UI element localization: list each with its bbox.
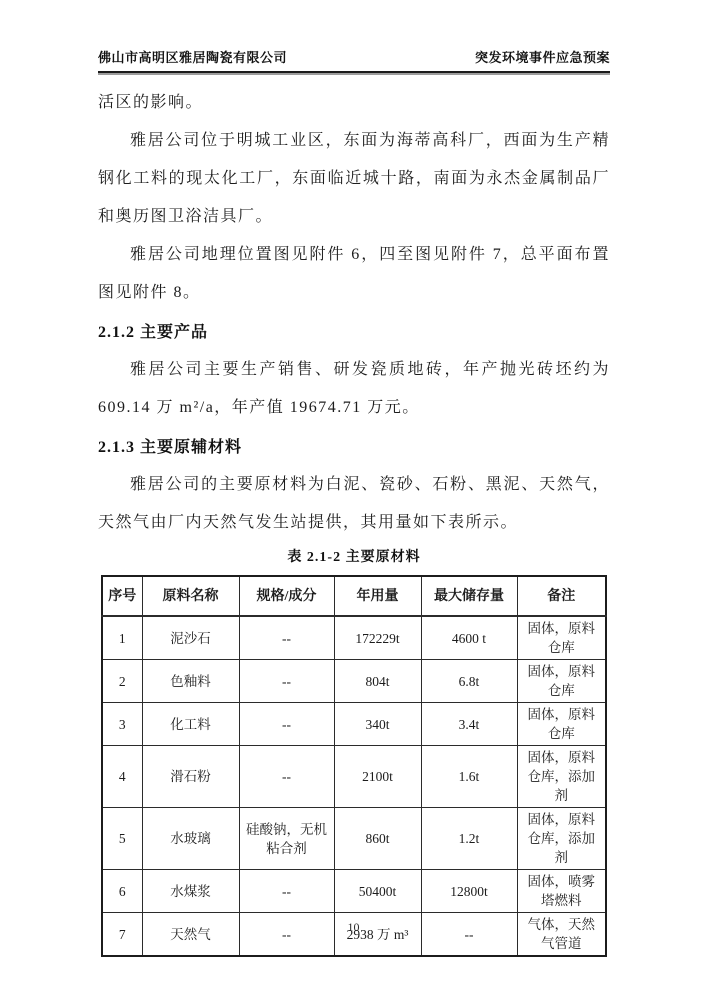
cell-spec: 硅酸钠，无机粘合剂 <box>239 808 334 870</box>
cell-annual-usage: 340t <box>334 703 421 746</box>
cell-remark: 固体，原料仓库，添加剂 <box>517 808 606 870</box>
paragraph-products: 雅居公司主要生产销售、研发瓷质地砖，年产抛光砖坯约为 609.14 万 m²/a… <box>98 351 610 427</box>
cell-material-name: 水玻璃 <box>142 808 239 870</box>
cell-material-name: 化工料 <box>142 703 239 746</box>
table-row: 3 化工料 -- 340t 3.4t 固体，原料仓库 <box>102 703 606 746</box>
section-heading-materials: 2.1.3 主要原辅材料 <box>98 430 610 466</box>
cell-material-name: 水煤浆 <box>142 870 239 913</box>
column-header-annual-usage: 年用量 <box>334 576 421 616</box>
table-row: 5 水玻璃 硅酸钠，无机粘合剂 860t 1.2t 固体，原料仓库，添加剂 <box>102 808 606 870</box>
column-header-max-storage: 最大储存量 <box>421 576 517 616</box>
cell-serial: 5 <box>102 808 142 870</box>
cell-remark: 固体，原料仓库 <box>517 703 606 746</box>
cell-annual-usage: 172229t <box>334 616 421 660</box>
cell-max-storage: 3.4t <box>421 703 517 746</box>
cell-spec: -- <box>239 660 334 703</box>
cell-max-storage: 1.6t <box>421 746 517 808</box>
cell-spec: -- <box>239 616 334 660</box>
header-document-title: 突发环境事件应急预案 <box>475 47 610 66</box>
cell-max-storage: 4600 t <box>421 616 517 660</box>
paragraph-location: 雅居公司位于明城工业区，东面为海蒂高科厂，西面为生产精钢化工料的现太化工厂，东面… <box>98 122 610 236</box>
cell-material-name: 泥沙石 <box>142 616 239 660</box>
cell-serial: 6 <box>102 870 142 913</box>
cell-annual-usage: 50400t <box>334 870 421 913</box>
page-number: 10 <box>0 920 707 935</box>
cell-serial: 2 <box>102 660 142 703</box>
cell-annual-usage: 860t <box>334 808 421 870</box>
cell-remark: 固体，原料仓库 <box>517 616 606 660</box>
table-row: 2 色釉料 -- 804t 6.8t 固体，原料仓库 <box>102 660 606 703</box>
cell-max-storage: 12800t <box>421 870 517 913</box>
cell-serial: 4 <box>102 746 142 808</box>
header-rule-bottom <box>98 73 610 75</box>
cell-annual-usage: 2100t <box>334 746 421 808</box>
section-heading-products: 2.1.2 主要产品 <box>98 315 610 351</box>
cell-remark: 固体，喷雾塔燃料 <box>517 870 606 913</box>
table-header-row: 序号 原料名称 规格/成分 年用量 最大储存量 备注 <box>102 576 606 616</box>
cell-max-storage: 6.8t <box>421 660 517 703</box>
cell-annual-usage: 804t <box>334 660 421 703</box>
cell-serial: 1 <box>102 616 142 660</box>
cell-spec: -- <box>239 703 334 746</box>
paragraph-attachments: 雅居公司地理位置图见附件 6，四至图见附件 7，总平面布置图见附件 8。 <box>98 236 610 312</box>
document-page: 佛山市高明区雅居陶瓷有限公司 突发环境事件应急预案 活区的影响。 雅居公司位于明… <box>0 0 707 1000</box>
paragraph-carryover: 活区的影响。 <box>98 84 610 122</box>
page-header: 佛山市高明区雅居陶瓷有限公司 突发环境事件应急预案 <box>98 0 610 66</box>
table-row: 1 泥沙石 -- 172229t 4600 t 固体，原料仓库 <box>102 616 606 660</box>
paragraph-materials: 雅居公司的主要原材料为白泥、瓷砂、石粉、黑泥、天然气，天然气由厂内天然气发生站提… <box>98 466 610 542</box>
column-header-material-name: 原料名称 <box>142 576 239 616</box>
column-header-serial: 序号 <box>102 576 142 616</box>
cell-serial: 3 <box>102 703 142 746</box>
column-header-spec: 规格/成分 <box>239 576 334 616</box>
cell-material-name: 色釉料 <box>142 660 239 703</box>
cell-spec: -- <box>239 870 334 913</box>
header-company-name: 佛山市高明区雅居陶瓷有限公司 <box>98 47 287 66</box>
cell-max-storage: 1.2t <box>421 808 517 870</box>
table-caption: 表 2.1-2 主要原材料 <box>98 544 610 572</box>
cell-material-name: 滑石粉 <box>142 746 239 808</box>
cell-remark: 固体，原料仓库 <box>517 660 606 703</box>
cell-remark: 固体，原料仓库，添加剂 <box>517 746 606 808</box>
materials-table: 序号 原料名称 规格/成分 年用量 最大储存量 备注 1 泥沙石 -- 1722… <box>101 575 607 957</box>
table-row: 4 滑石粉 -- 2100t 1.6t 固体，原料仓库，添加剂 <box>102 746 606 808</box>
column-header-remark: 备注 <box>517 576 606 616</box>
table-row: 6 水煤浆 -- 50400t 12800t 固体，喷雾塔燃料 <box>102 870 606 913</box>
cell-spec: -- <box>239 746 334 808</box>
